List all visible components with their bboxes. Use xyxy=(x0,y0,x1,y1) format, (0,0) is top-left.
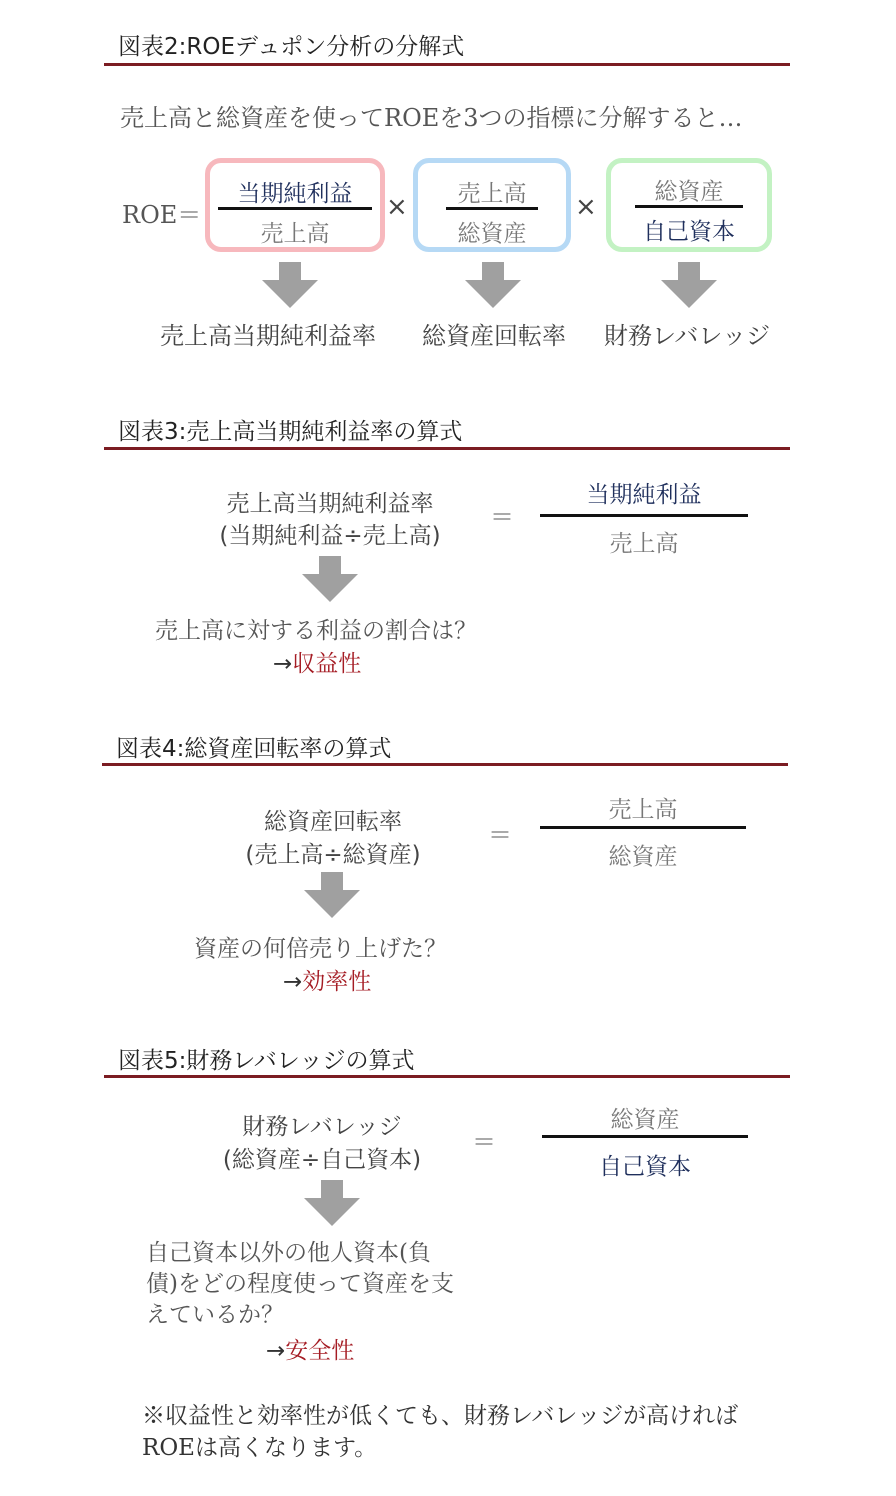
footnote-line: ROEは高くなります。 xyxy=(142,1432,738,1464)
roe-lhs: ROE＝ xyxy=(122,195,201,230)
figure3-conclusion: 収益性 xyxy=(292,651,361,677)
figure5-conclusion-row: →安全性 xyxy=(266,1332,354,1365)
down-arrow-icon xyxy=(302,556,358,602)
figure5-rule xyxy=(104,1075,790,1078)
right-arrow-icon: → xyxy=(283,969,302,995)
term3-fraction-line xyxy=(635,205,743,208)
figure4-conclusion: 効率性 xyxy=(302,969,371,995)
figure4-name: 総資産回転率 xyxy=(183,803,483,836)
figure5-title: 図表5:財務レバレッジの算式 xyxy=(118,1042,415,1075)
label-net-margin: 売上高当期純利益率 xyxy=(160,316,376,351)
figure3-name: 売上高当期純利益率 xyxy=(180,485,480,518)
figure5-fraction-line xyxy=(542,1135,748,1138)
term-box-financial-leverage: 総資産 自己資本 xyxy=(606,158,772,252)
figure4-denominator: 総資産 xyxy=(540,838,746,871)
figure4-conclusion-row: →効率性 xyxy=(283,963,371,996)
figure3-title: 図表3:売上高当期純利益率の算式 xyxy=(118,413,462,446)
figure3-numerator: 当期純利益 xyxy=(540,476,748,509)
figure5-formula: (総資産÷自己資本) xyxy=(172,1141,472,1174)
figure3-conclusion-row: →収益性 xyxy=(273,645,361,678)
figure5-denominator: 自己資本 xyxy=(542,1148,748,1181)
down-arrow-icon xyxy=(304,1180,360,1226)
down-arrow-icon xyxy=(465,262,521,308)
figure4-rule xyxy=(102,763,788,766)
footnote-line: ※収益性と効率性が低くても、財務レバレッジが高ければ xyxy=(142,1400,738,1432)
right-arrow-icon: → xyxy=(273,651,292,677)
figure4-title: 図表4:総資産回転率の算式 xyxy=(116,730,391,763)
term1-denominator: 売上高 xyxy=(210,215,380,248)
figure3-denominator: 売上高 xyxy=(540,525,748,558)
right-arrow-icon: → xyxy=(266,1338,285,1364)
figure5-conclusion: 安全性 xyxy=(285,1338,354,1364)
figure5-question: 自己資本以外の他人資本(負 債)をどの程度使って資産を支 えているか？ xyxy=(146,1238,454,1331)
footnote: ※収益性と効率性が低くても、財務レバレッジが高ければ ROEは高くなります。 xyxy=(142,1400,738,1464)
term2-fraction-line xyxy=(446,207,538,210)
figure5-equals: ＝ xyxy=(472,1122,496,1157)
term1-fraction-line xyxy=(218,207,372,210)
figure4-numerator: 売上高 xyxy=(540,791,746,824)
term3-numerator: 総資産 xyxy=(611,173,767,206)
figure4-equals: ＝ xyxy=(488,815,512,850)
figure5-numerator: 総資産 xyxy=(542,1101,748,1134)
label-financial-leverage: 財務レバレッジ xyxy=(604,316,770,351)
down-arrow-icon xyxy=(304,872,360,918)
figure5-name: 財務レバレッジ xyxy=(172,1108,472,1141)
down-arrow-icon xyxy=(262,262,318,308)
figure2-title: 図表2:ROEデュポン分析の分解式 xyxy=(118,28,464,61)
term1-numerator: 当期純利益 xyxy=(210,175,380,208)
term-box-net-margin: 当期純利益 売上高 xyxy=(205,158,385,252)
down-arrow-icon xyxy=(661,262,717,308)
figure3-equals: ＝ xyxy=(490,497,514,532)
figure3-rule xyxy=(104,447,790,450)
figure3-formula: (当期純利益÷売上高) xyxy=(180,517,480,550)
figure4-question: 資産の何倍売り上げた？ xyxy=(194,930,447,963)
label-asset-turnover: 総資産回転率 xyxy=(422,316,566,351)
term2-denominator: 総資産 xyxy=(418,215,566,248)
term2-numerator: 売上高 xyxy=(418,175,566,208)
figure4-formula: (売上高÷総資産) xyxy=(183,836,483,869)
figure2-rule xyxy=(104,63,790,66)
figure5-question-line: 自己資本以外の他人資本(負 xyxy=(146,1238,454,1269)
term-box-asset-turnover: 売上高 総資産 xyxy=(413,158,571,252)
times-sign-1: × xyxy=(386,192,408,222)
figure5-question-line: 債)をどの程度使って資産を支 xyxy=(146,1269,454,1300)
figure5-question-line: えているか？ xyxy=(146,1300,454,1331)
term3-denominator: 自己資本 xyxy=(611,213,767,246)
figure4-fraction-line xyxy=(540,826,746,829)
figure2-intro: 売上高と総資産を使ってROEを3つの指標に分解すると… xyxy=(120,98,743,133)
figure3-fraction-line xyxy=(540,514,748,517)
figure3-question: 売上高に対する利益の割合は？ xyxy=(155,612,477,645)
times-sign-2: × xyxy=(575,192,597,222)
